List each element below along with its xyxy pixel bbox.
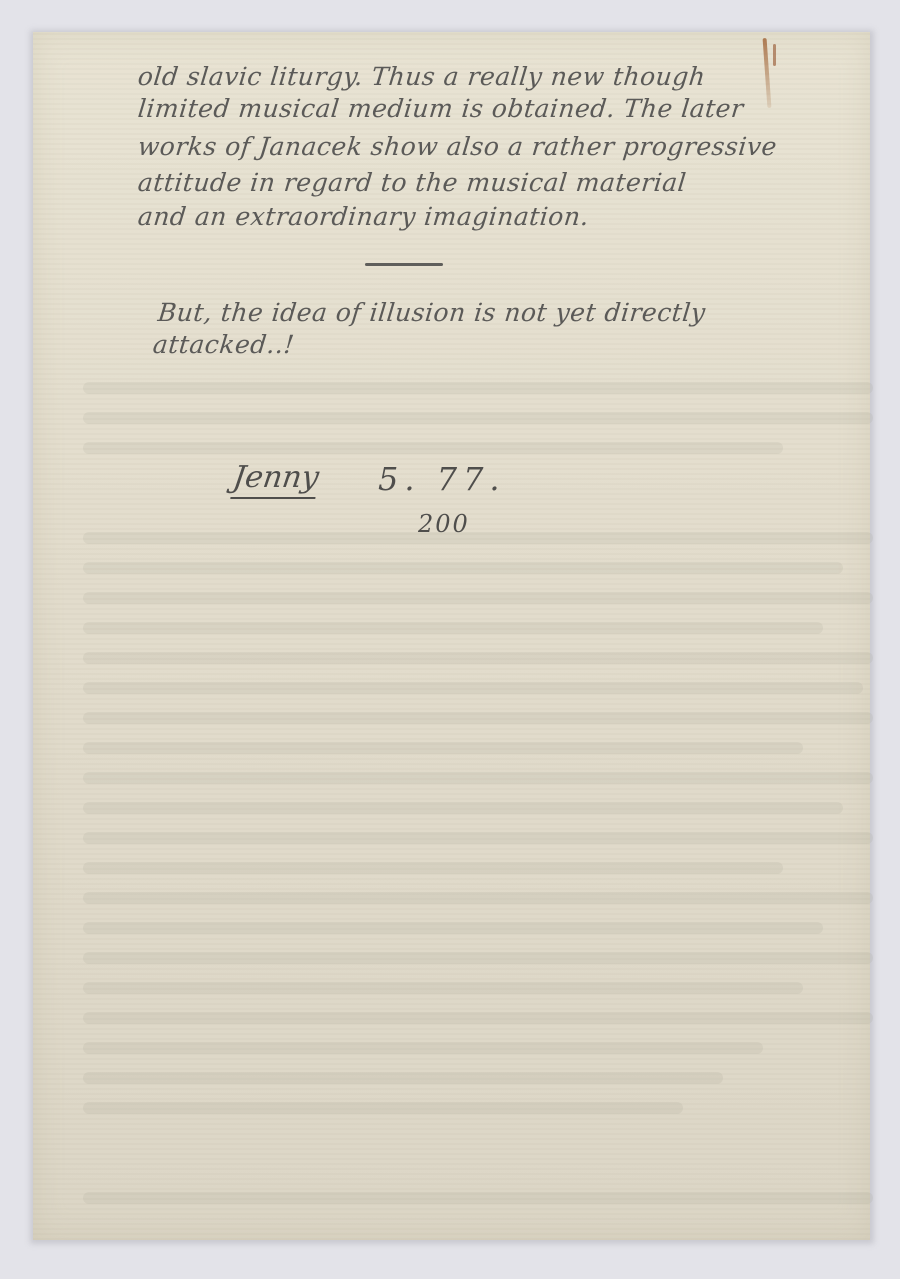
- show-through-line: [83, 622, 823, 634]
- rust-stain-small: [773, 44, 776, 66]
- show-through-line: [83, 592, 873, 604]
- show-through-line: [83, 682, 863, 694]
- show-through-line: [83, 772, 873, 784]
- signature-number: 200: [418, 510, 470, 538]
- signature-name: Jenny: [230, 460, 321, 499]
- show-through-line: [83, 652, 873, 664]
- show-through-line: [83, 382, 873, 394]
- show-through-line: [83, 532, 873, 544]
- text-line: limited musical medium is obtained. The …: [136, 94, 745, 124]
- show-through-line: [83, 712, 873, 724]
- rust-stain: [763, 38, 772, 108]
- show-through-line: [83, 862, 783, 874]
- signature-date: 5. 77.: [378, 460, 506, 498]
- separator-rule: [365, 263, 443, 266]
- show-through-line: [83, 802, 843, 814]
- show-through-line: [83, 442, 783, 454]
- text-line: works of Janacek show also a rather prog…: [136, 132, 778, 162]
- text-line: But, the idea of illusion is not yet dir…: [156, 298, 707, 328]
- manuscript-page: old slavic liturgy. Thus a really new th…: [33, 32, 870, 1240]
- show-through-line: [83, 982, 803, 994]
- show-through-line: [83, 952, 873, 964]
- show-through-line: [83, 892, 873, 904]
- text-line: attacked..!: [151, 330, 295, 360]
- show-through-line: [83, 562, 843, 574]
- text-line: and an extraordinary imagination.: [136, 202, 590, 232]
- text-line: attitude in regard to the musical materi…: [136, 168, 687, 198]
- show-through-line: [83, 922, 823, 934]
- show-through-line: [83, 1072, 723, 1084]
- show-through-line: [83, 742, 803, 754]
- show-through-line: [83, 412, 873, 424]
- show-through-line: [83, 1012, 873, 1024]
- show-through-line: [83, 1192, 873, 1204]
- show-through-line: [83, 1042, 763, 1054]
- text-line: old slavic liturgy. Thus a really new th…: [136, 62, 707, 92]
- show-through-line: [83, 832, 873, 844]
- show-through-line: [83, 1102, 683, 1114]
